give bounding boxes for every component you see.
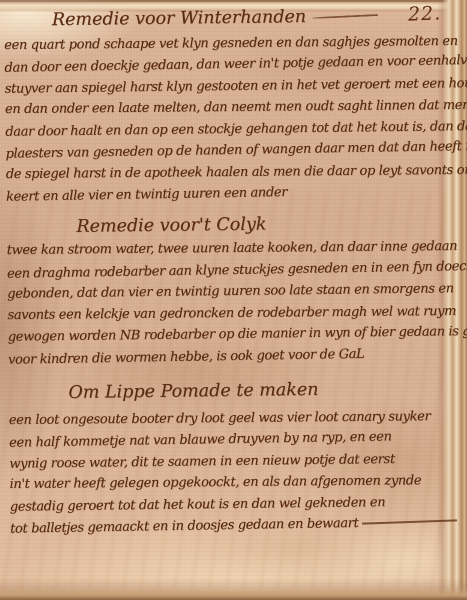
section-lines: twee kan stroom water, twee uuren laate … xyxy=(7,235,453,369)
page-bottom-edge xyxy=(0,578,467,600)
recipe-section: Remedie voor't Colyk twee kan stroom wat… xyxy=(6,212,452,370)
manuscript-line: savonts een kelckje van gedroncken de ro… xyxy=(7,300,451,326)
section-lines: een loot ongesoute booter dry loot geel … xyxy=(9,405,455,539)
manuscript-line: in't water heeft gelegen opgekoockt, en … xyxy=(9,470,453,496)
recipe-section: Remedie voor Winterhanden een quart pond… xyxy=(4,5,450,207)
manuscript-photo: 22. Remedie voor Winterhanden een quart … xyxy=(0,0,467,600)
manuscript-line: en dan onder een laate melten, dan neemt… xyxy=(5,95,449,121)
section-title: Om Lippe Pomade te maken xyxy=(68,378,452,404)
section-title: Remedie voor Winterhanden xyxy=(52,5,448,31)
manuscript-text: Remedie voor Winterhanden een quart pond… xyxy=(4,4,454,539)
section-lines: een quart pond schaape vet klyn gesneden… xyxy=(4,30,450,207)
section-title: Remedie voor't Colyk xyxy=(76,212,450,238)
recipe-section: Om Lippe Pomade te maken een loot ongeso… xyxy=(8,378,454,539)
